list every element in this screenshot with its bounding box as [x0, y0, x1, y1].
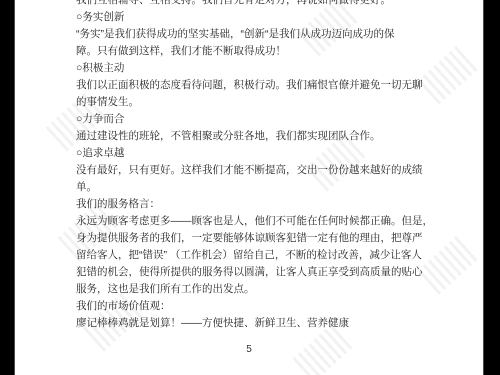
text-line: 犯错的机会，使得所提供的服务得以圆满，让客人真正享受到高质量的贴心 — [76, 264, 428, 281]
text-line: 我们的市场价值观： — [76, 298, 428, 315]
text-line: ○务实创新 — [76, 9, 428, 26]
text-line: 我们的服务格言： — [76, 196, 428, 213]
text-line: 单。 — [76, 179, 428, 196]
text-line: 廖记棒棒鸡就是划算！——方便快捷、新鲜卫生、营养健康 — [76, 315, 428, 332]
text-line: 的事情发生。 — [76, 94, 428, 111]
text-line: 永远为顾客考虑更多——顾客也是人，他们不可能在任何时候都正确。但是， — [76, 213, 428, 230]
text-line: ○追求卓越 — [76, 145, 428, 162]
text-line: 留给客人，把“错误” （工作机会）留给自己，不断的检讨改善，减少让客人 — [76, 247, 428, 264]
document-page: 我们互相辅导、互相支持。我们首先肯定对方，再说如何做得更好。○务实创新“务实”是… — [14, 0, 484, 375]
text-line: 通过建设性的班轮，不管相聚或分驻各地，我们都实现团队合作。 — [76, 128, 428, 145]
text-line: 没有最好，只有更好。这样我们才能不断提高，交出一份份越来越好的成绩 — [76, 162, 428, 179]
text-line: ○积极主动 — [76, 60, 428, 77]
page-number: 5 — [15, 344, 483, 355]
text-line: 我们以正面积极的态度看待问题，积极行动。我们痛恨官僚并避免一切无聊 — [76, 77, 428, 94]
text-line: 障。只有做到这样，我们才能不断取得成功！ — [76, 43, 428, 60]
text-line: ○力争而合 — [76, 111, 428, 128]
text-line: 身为提供服务者的我们，一定要能够体谅顾客犯错一定有他的理由，把尊严 — [76, 230, 428, 247]
text-line: 服务，这也是我们所有工作的出发点。 — [76, 281, 428, 298]
document-text: 我们互相辅导、互相支持。我们首先肯定对方，再说如何做得更好。○务实创新“务实”是… — [76, 0, 428, 332]
text-line: “务实”是我们获得成功的坚实基础，“创新“是我们从成功迈向成功的保 — [76, 26, 428, 43]
text-line: 我们互相辅导、互相支持。我们首先肯定对方，再说如何做得更好。 — [76, 0, 428, 9]
